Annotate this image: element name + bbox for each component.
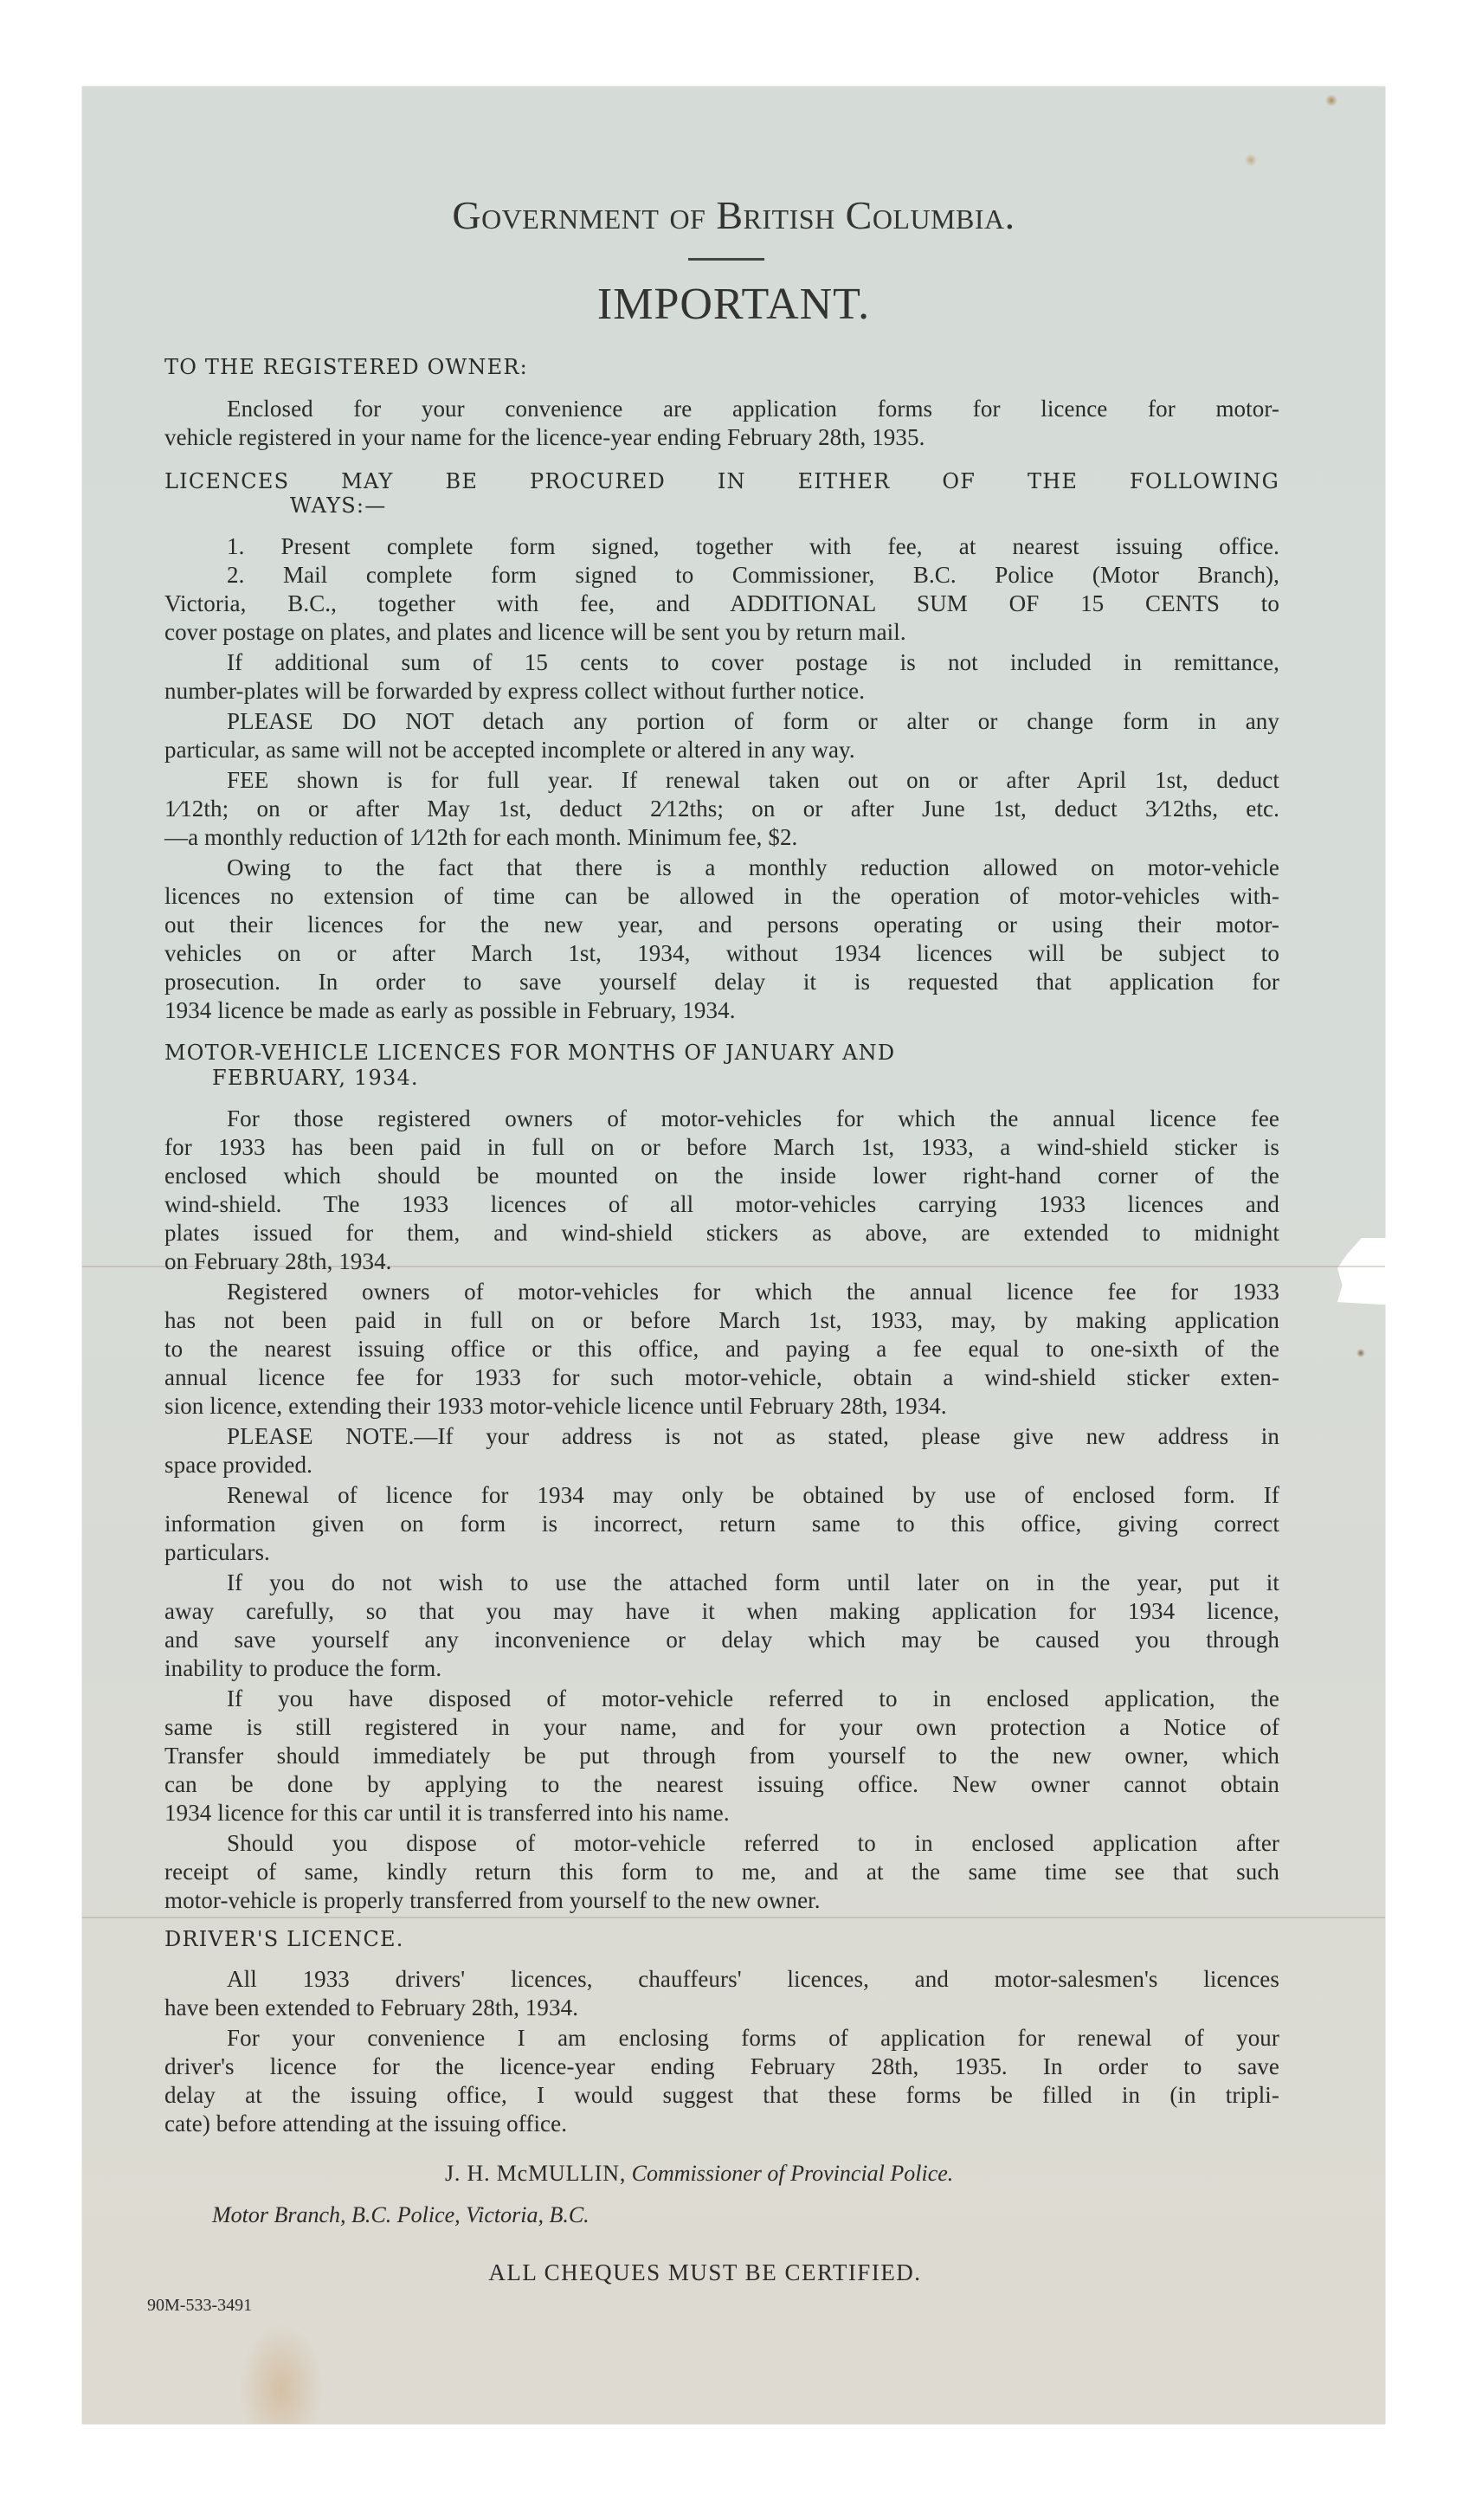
paragraph: plates issued for them, and wind-shield … [164,1219,1279,1247]
government-heading: Government of British Columbia. [82,192,1385,238]
owing-paragraph: out their licences for the new year, and… [164,911,1279,939]
owing-paragraph: 1934 licence be made as early as possibl… [164,996,1279,1025]
paragraph: motor-vehicle is properly transferred fr… [164,1886,1279,1915]
paragraph: If you do not wish to use the attached f… [164,1569,1279,1597]
fee-paragraph: 1⁄12th; on or after May 1st, deduct 2⁄12… [164,795,1279,823]
paragraph: Should you dispose of motor-vehicle refe… [164,1829,1279,1858]
branch-address: Motor Branch, B.C. Police, Victoria, B.C… [212,2202,590,2228]
paragraph: For those registered owners of motor-veh… [164,1105,1279,1133]
please-note-paragraph: PLEASE NOTE.—If your address is not as s… [164,1422,1279,1451]
paragraph: If you have disposed of motor-vehicle re… [164,1685,1279,1713]
paragraph: away carefully, so that you may have it … [164,1597,1279,1626]
signature-line: J. H. McMULLIN, Commissioner of Provinci… [445,2161,953,2187]
paragraph: has not been paid in full on or before M… [164,1306,1279,1335]
salutation: TO THE REGISTERED OWNER: [164,353,1279,382]
intro-line: Enclosed for your convenience are applic… [164,395,1279,423]
paragraph: delay at the issuing office, I would sug… [164,2081,1279,2110]
paragraph: receipt of same, kindly return this form… [164,1858,1279,1886]
paragraph: enclosed which should be mounted on the … [164,1162,1279,1190]
postage-paragraph: number-plates will be forwarded by expre… [164,677,1279,706]
title-divider [688,258,764,261]
paragraph: and save yourself any inconvenience or d… [164,1626,1279,1654]
please-note-paragraph: space provided. [164,1451,1279,1479]
paragraph: 1934 licence for this car until it is tr… [164,1799,1279,1827]
paragraph: on February 28th, 1934. [164,1247,1279,1276]
signatory-name: J. H. McMULLIN, [445,2161,626,2186]
paragraph: inability to produce the form. [164,1654,1279,1683]
list-item-1: 1. Present complete form signed, togethe… [164,532,1279,561]
paragraph: same is still registered in your name, a… [164,1713,1279,1742]
paragraph: have been extended to February 28th, 193… [164,1994,1279,2022]
paragraph: sion licence, extending their 1933 motor… [164,1392,1279,1421]
intro-line: vehicle registered in your name for the … [164,423,1279,452]
list-item-2: Victoria, B.C., together with fee, and A… [164,590,1279,618]
page-title: IMPORTANT. [82,279,1385,330]
paragraph: Transfer should immediately be put throu… [164,1742,1279,1770]
paragraph: wind-shield. The 1933 licences of all mo… [164,1190,1279,1219]
fold-crease [82,1917,1385,1918]
paragraph: information given on form is incorrect, … [164,1510,1279,1538]
paragraph: driver's licence for the licence-year en… [164,2053,1279,2081]
paragraph: For your convenience I am enclosing form… [164,2024,1279,2053]
please-do-not-paragraph: particular, as same will not be accepted… [164,736,1279,764]
owing-paragraph: prosecution. In order to save yourself d… [164,968,1279,996]
paragraph: Registered owners of motor-vehicles for … [164,1278,1279,1306]
paragraph: for 1933 has been paid in full on or bef… [164,1133,1279,1162]
paragraph: annual licence fee for 1933 for such mot… [164,1363,1279,1392]
section-heading-drivers-licence: DRIVER'S LICENCE. [164,1925,1279,1954]
paragraph: All 1933 drivers' licences, chauffeurs' … [164,1965,1279,1994]
please-do-not-paragraph: PLEASE DO NOT detach any portion of form… [164,707,1279,736]
paragraph: cate) before attending at the issuing of… [164,2110,1279,2138]
signatory-title: Commissioner of Provincial Police. [632,2161,954,2186]
postage-paragraph: If additional sum of 15 cents to cover p… [164,648,1279,677]
list-item-2: 2. Mail complete form signed to Commissi… [164,561,1279,590]
owing-paragraph: vehicles on or after March 1st, 1934, wi… [164,939,1279,968]
cheques-notice: ALL CHEQUES MUST BE CERTIFIED. [402,2259,1008,2286]
paragraph: particulars. [164,1538,1279,1567]
form-number: 90M-533-3491 [147,2296,252,2316]
owing-paragraph: Owing to the fact that there is a monthl… [164,854,1279,882]
fee-paragraph: FEE shown is for full year. If renewal t… [164,766,1279,795]
fee-paragraph: —a monthly reduction of 1⁄12th for each … [164,823,1279,852]
section-heading-licences-cont: WAYS:— [164,492,1279,520]
section-heading-motor-vehicle-cont: FEBRUARY, 1934. [164,1064,1279,1092]
paragraph: to the nearest issuing office or this of… [164,1335,1279,1363]
paragraph: Renewal of licence for 1934 may only be … [164,1481,1279,1510]
list-item-2: cover postage on plates, and plates and … [164,618,1279,647]
owing-paragraph: licences no extension of time can be all… [164,882,1279,911]
paragraph: can be done by applying to the nearest i… [164,1770,1279,1799]
